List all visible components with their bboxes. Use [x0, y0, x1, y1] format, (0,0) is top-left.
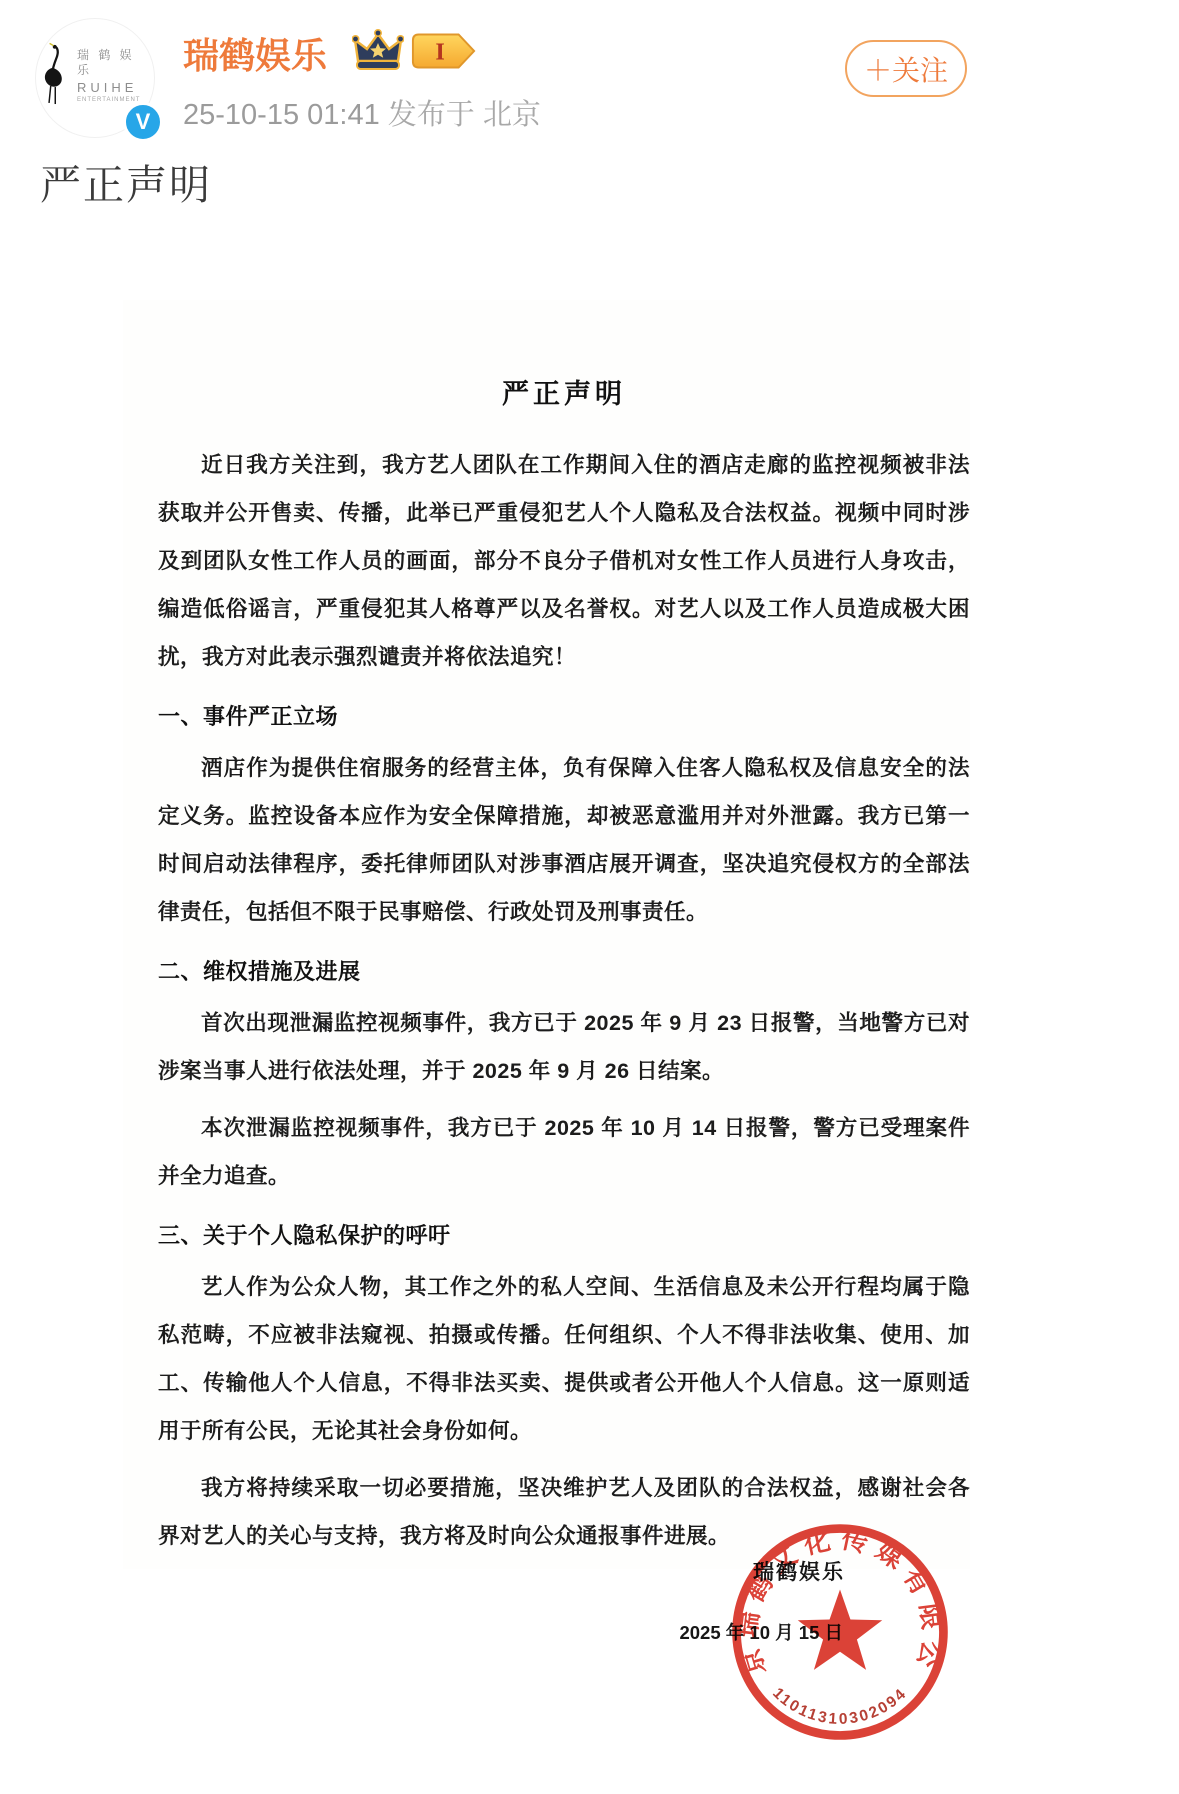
post-title: 严正声明 [40, 152, 212, 211]
user-badges[interactable]: I [352, 28, 478, 74]
weibo-post-page: 瑞 鹤 娱 乐 RUIHE ENTERTAINMENT V 瑞鹤娱乐 [0, 0, 1179, 1794]
avatar-en-name: RUIHE [77, 80, 154, 96]
verified-badge-icon: V [123, 102, 163, 142]
seal-company-name: 北京瑞鹤文化传媒有限公司 [724, 1516, 948, 1679]
post-meta: 25-10-15 01:41 发布于 北京 [183, 92, 541, 133]
statement-image[interactable]: 严正声明 近日我方关注到，我方艺人团队在工作期间入住的酒店走廊的监控视频被非法获… [123, 300, 970, 1569]
crane-logo-icon [36, 41, 70, 112]
username[interactable]: 瑞鹤娱乐 [183, 28, 327, 79]
svg-text:北京瑞鹤文化传媒有限公司: 北京瑞鹤文化传媒有限公司 [724, 1516, 948, 1679]
vip-crown-icon [352, 28, 404, 74]
statement-paragraph: 艺人作为公众人物，其工作之外的私人空间、生活信息及未公开行程均属于隐私范畴，不应… [158, 1263, 970, 1455]
company-seal: 北京瑞鹤文化传媒有限公司 11011310302094 [724, 1516, 956, 1748]
statement-section-heading: 一、事件严正立场 [158, 693, 970, 741]
statement-paragraph: 首次出现泄漏监控视频事件，我方已于 2025 年 9 月 23 日报警，当地警方… [158, 999, 970, 1095]
statement-title: 严正声明 [158, 372, 970, 411]
statement-body: 近日我方关注到，我方艺人团队在工作期间入住的酒店走廊的监控视频被非法获取并公开售… [158, 441, 970, 1560]
seal-star-icon [798, 1589, 882, 1669]
statement-paragraph: 酒店作为提供住宿服务的经营主体，负有保障入住客人隐私权及信息安全的法定义务。监控… [158, 744, 970, 936]
vip-level-text: I [435, 39, 444, 66]
avatar-logo: 瑞 鹤 娱 乐 RUIHE ENTERTAINMENT [36, 41, 154, 112]
statement-paragraph: 近日我方关注到，我方艺人团队在工作期间入住的酒店走廊的监控视频被非法获取并公开售… [158, 441, 970, 681]
statement-section-heading: 三、关于个人隐私保护的呼吁 [158, 1212, 970, 1260]
follow-button[interactable]: ＋关注 [845, 40, 967, 97]
timestamp: 25-10-15 01:41 [183, 99, 380, 131]
avatar-cn-name: 瑞 鹤 娱 乐 [77, 48, 154, 78]
statement-section-heading: 二、维权措施及进展 [158, 948, 970, 996]
vip-level-badge: I [410, 31, 478, 71]
statement-paragraph: 本次泄漏监控视频事件，我方已于 2025 年 10 月 14 日报警，警方已受理… [158, 1104, 970, 1200]
publish-location: 发布于 北京 [388, 99, 541, 131]
